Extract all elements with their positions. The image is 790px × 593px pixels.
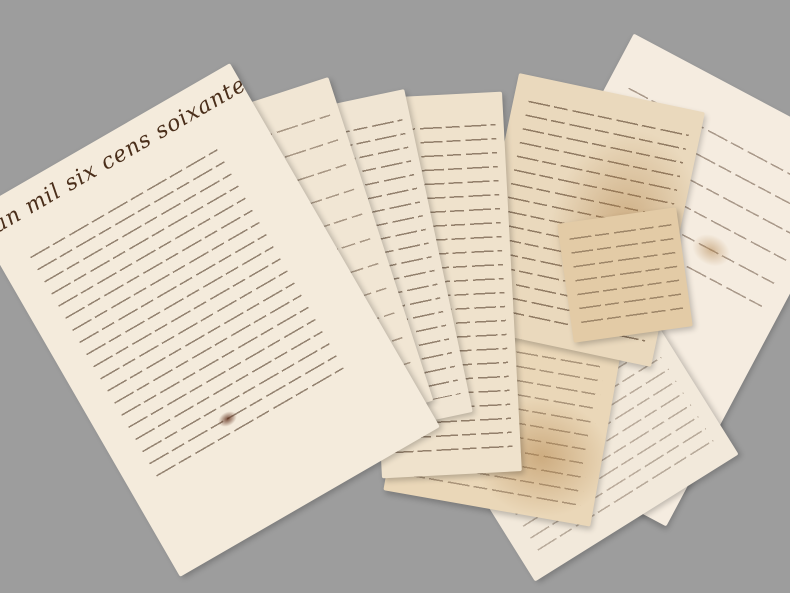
manuscript-fragment-stained bbox=[557, 207, 693, 343]
photo-scene: an mil six cens soixante bbox=[0, 0, 790, 593]
handwriting-lines bbox=[568, 215, 685, 334]
